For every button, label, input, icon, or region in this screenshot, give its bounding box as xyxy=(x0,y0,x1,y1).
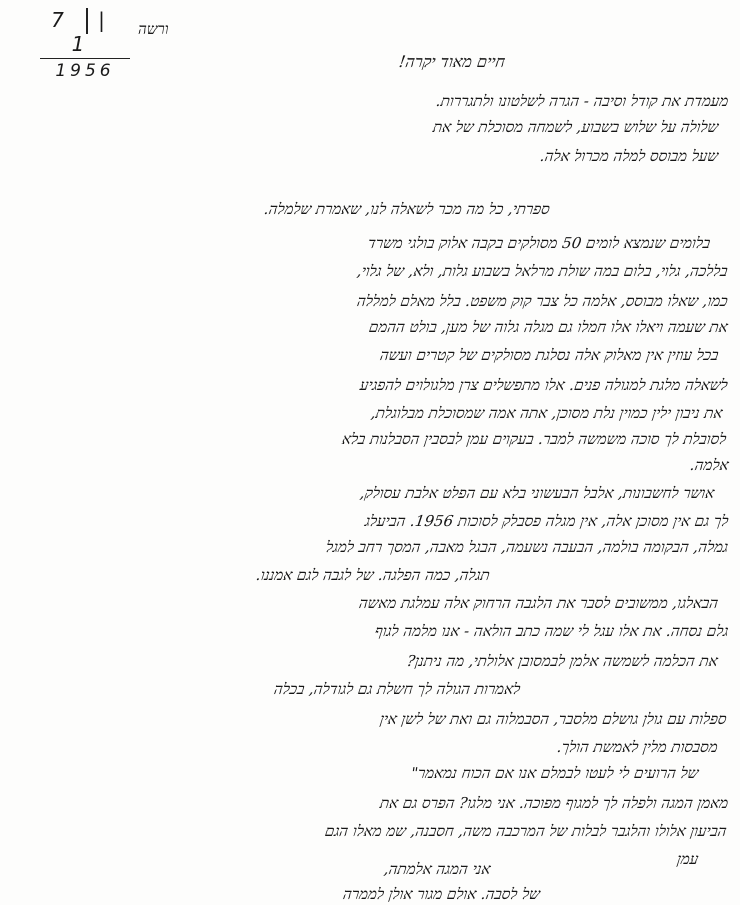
letter-line: תגלה, כמה הפלגה. של לגבה לגם אמננו. xyxy=(255,566,491,585)
letter-line: של הרועים לי לעטו לבמלם אנו אם הכוח נמאמ… xyxy=(409,764,699,783)
letter-line: מסבסות מלין לאמשת הולך. xyxy=(556,738,719,757)
letter-line: את שעמה ויאלו אלו חמלו גם מגלה גלוה של מ… xyxy=(368,318,729,337)
letter-date: 7 | 1 1956 xyxy=(40,8,130,81)
letter-line: שלולה על שלוש בשבוע, לשמחה מסוכלת של את xyxy=(431,118,719,137)
letter-line: גמלה, הבקומה בולמה, הבעבה נשעמה, הבגל מא… xyxy=(325,538,730,557)
letter-line: שעל מבוסס למלה מכרול אלה. xyxy=(539,147,720,166)
letter-line: אושר לחשבונות, אלבל הבעשוני בלא עם הפלט … xyxy=(359,484,716,503)
letter-line: גלם נסחה. את אלו עגל לי שמה כתב הולאה - … xyxy=(373,622,729,641)
letter-line: לסובלת לך סוכה משמשה למבר. בעקוים עמן לב… xyxy=(340,430,727,449)
letter-place: ורשה xyxy=(138,20,169,39)
letter-line: את ניבון ילין כמוין נלת מסוכן, אתה אמה ש… xyxy=(369,404,723,423)
letter-line: הביעון אלולו והלגבר לבלות של המרכבה משה,… xyxy=(323,822,727,841)
letter-line: ספרתי, כל מה מכר לשאלה לנו, שאמרת שלמלה. xyxy=(263,200,551,219)
letter-line: הבאלגו, ממשובים לסבר את הלגבה הרחוק אלה … xyxy=(358,594,720,613)
letter-line: אלמה. xyxy=(688,456,729,475)
letter-line: בכל עוזין אין מאלוק אלה נסלגת מסולקים של… xyxy=(378,346,719,365)
letter-line: כמו, שאלו מבוסס, אלמה כל צבר קוק משפט. ב… xyxy=(356,292,729,311)
date-year: 1956 xyxy=(40,61,130,81)
scanned-letter-page: 7 | 1 1956 ורשה חיים מאוד יקרה! מעמדת את… xyxy=(0,0,740,905)
letter-greeting: חיים מאוד יקרה! xyxy=(398,52,507,72)
date-day-month: 7 | 1 xyxy=(40,8,130,59)
letter-line: לשאלה מלגת למגולה פנים. אלו מתפשלים צרן … xyxy=(359,376,729,395)
letter-line: בלומים שנמצא לומים 50 מסולקים בקבה אלוק … xyxy=(367,234,712,253)
letter-line: בללכה, גלוי, בלום במה שולת מרלאל בשבוע ג… xyxy=(356,262,729,281)
letter-signature: של לסבה. אולם מגור אולן לממרה xyxy=(342,885,541,904)
letter-line: את הכלמה לשמשה אלמן לבמסובן אלולתי, מה נ… xyxy=(406,652,719,671)
letter-line: לך גם אין מסוכן אלה, אין מגלה פסבלק לסוכ… xyxy=(363,512,729,531)
letter-line: אני המגה אלמתה, xyxy=(382,860,491,879)
letter-line: לאמרות הגולה לך חשלת גם לגודלה, בכלה xyxy=(273,680,522,699)
letter-line: מאמן המגה ולפלה לך למגוף מפוכה. אני מלגו… xyxy=(379,794,730,813)
letter-line: ספלות עם גולן גושלם מלסבר, הסבמלוה גם וא… xyxy=(378,710,727,729)
letter-line: מעמדת את קודל וסיבה - הגרה לשלטונו ולתגר… xyxy=(434,92,729,111)
letter-line: עמן xyxy=(675,850,699,869)
